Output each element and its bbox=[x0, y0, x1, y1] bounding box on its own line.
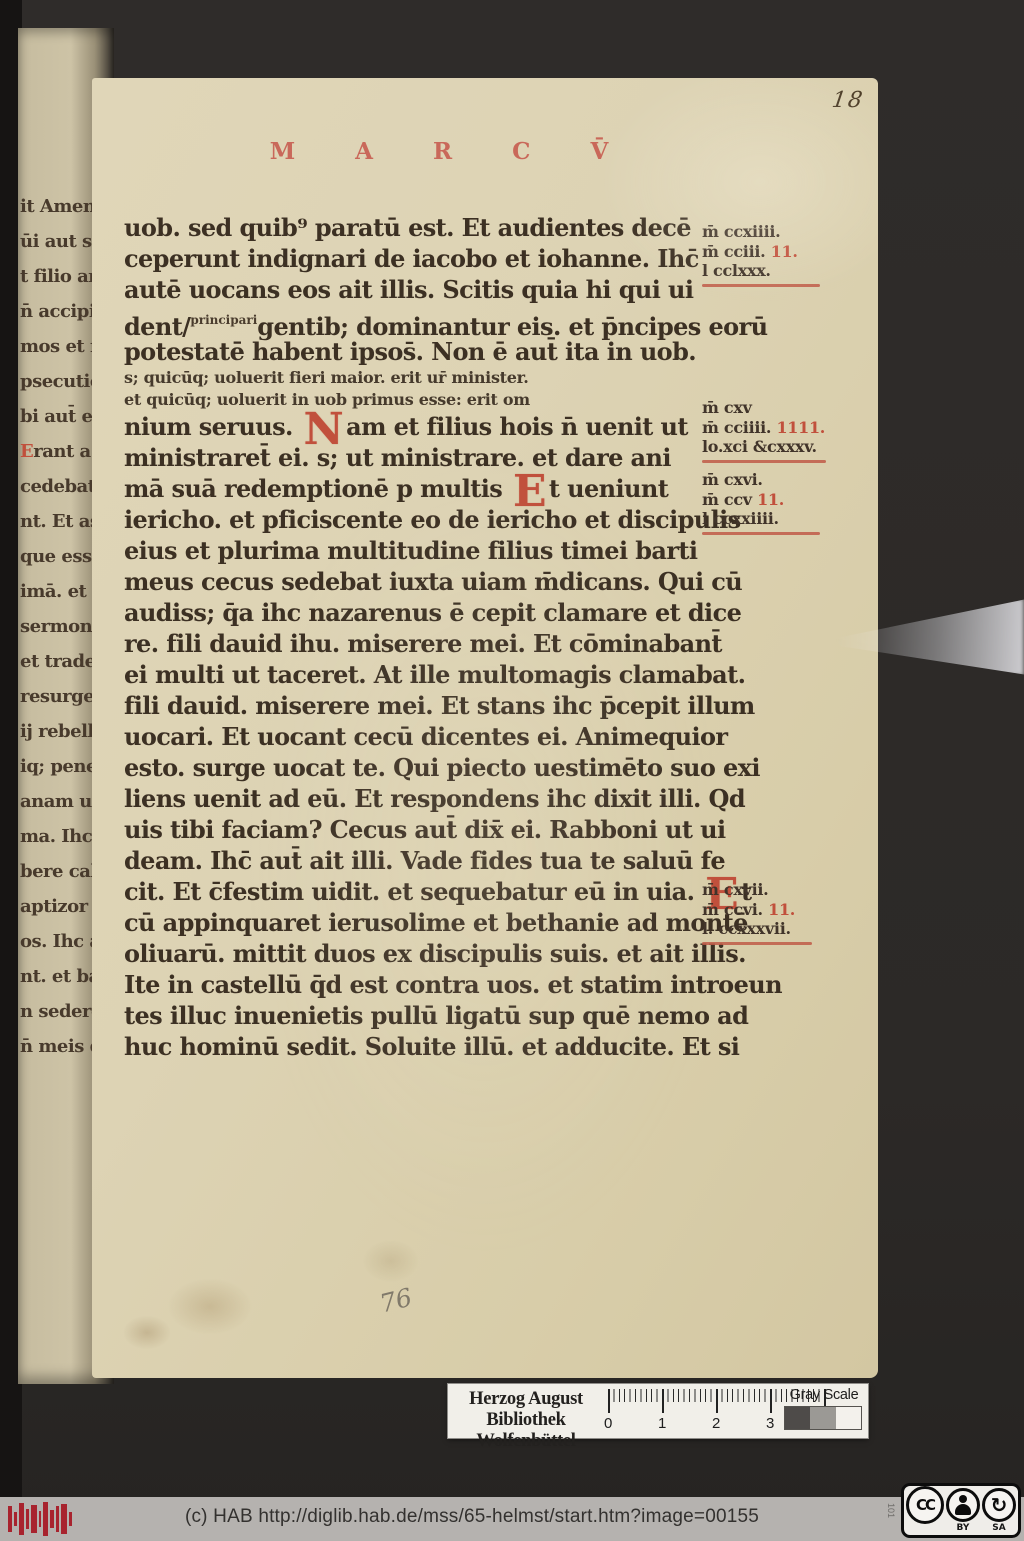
previous-page-fragment: ūi aut sa bbox=[20, 231, 103, 252]
gray-swatch bbox=[836, 1407, 861, 1429]
manuscript-line: autē uocans eos ait illis. Scitis quia h… bbox=[124, 274, 716, 305]
text-segment-n: potestatē habent ipsos̄. Non ē aut̄ ita … bbox=[124, 337, 696, 366]
manuscript-line: mā suā redemptionē p multis Et ueniunt bbox=[124, 473, 716, 504]
margin-note-row: m̄ cciii. 11. bbox=[702, 242, 862, 262]
margin-note-row: m̄ cciiii. 1111. bbox=[702, 418, 862, 438]
manuscript-line: huc hominū sedit. Soluite illū. et adduc… bbox=[124, 1031, 716, 1062]
text-segment-n: iericho. et pficiscente eo de iericho et… bbox=[124, 505, 741, 534]
margin-note: m̄ cxvm̄ cciiii. 1111.lo.xci &cxxxv. bbox=[702, 398, 862, 463]
text-segment-n: tes illuc inuenietis pullū ligatū sup qu… bbox=[124, 1001, 748, 1030]
red-underline bbox=[702, 942, 812, 945]
barcode-bar bbox=[43, 1502, 48, 1536]
red-barcode-mark bbox=[8, 1501, 72, 1537]
cc-logo-icon: CC bbox=[906, 1486, 944, 1524]
text-segment-k: m̄ cciiii. bbox=[702, 418, 776, 437]
digitized-manuscript-photo: it Amenūi aut sat filio arn̄ accipiatmos… bbox=[0, 0, 1024, 1541]
barcode-bar bbox=[50, 1510, 54, 1528]
gray-scale-target: Gray Scale bbox=[784, 1387, 864, 1430]
barcode-bar bbox=[26, 1509, 29, 1529]
manuscript-line: tes illuc inuenietis pullū ligatū sup qu… bbox=[124, 1000, 716, 1031]
text-segment-n: uis tibi faciam? Cecus aut̄ dix̄ ei. Rab… bbox=[124, 815, 725, 844]
text-segment-k: m̄ cxvii. bbox=[702, 880, 768, 899]
main-text-block: uob. sed quib⁹ paratū est. Et audientes … bbox=[124, 212, 716, 1062]
cc-license-badge: CC BY ↻ SA bbox=[901, 1483, 1021, 1538]
text-segment-k: m̄ ccxiiii. bbox=[702, 222, 780, 241]
text-segment-n: Ite in castellū q̄d est contra uos. et s… bbox=[124, 970, 782, 999]
barcode-bar bbox=[19, 1503, 24, 1535]
previous-page-fragment: aptizor bbox=[20, 896, 88, 917]
by-label: BY bbox=[957, 1523, 970, 1533]
manuscript-line: liens uenit ad eū. Et respondens ihc dix… bbox=[124, 783, 716, 814]
copyright-text: (c) HAB http://diglib.hab.de/mss/65-helm… bbox=[70, 1506, 874, 1528]
barcode-bar bbox=[39, 1511, 42, 1527]
running-title-marcus: M A R C V̄ bbox=[262, 138, 642, 165]
manuscript-line: uis tibi faciam? Cecus aut̄ dix̄ ei. Rab… bbox=[124, 814, 716, 845]
text-segment-n: uob. sed quib⁹ paratū est. Et audientes … bbox=[124, 213, 691, 242]
previous-page-fragment: Erant a bbox=[20, 441, 91, 462]
manuscript-line: audiss; q̄a ihc nazarenus ē cepit clamar… bbox=[124, 597, 716, 628]
text-segment-n: audiss; q̄a ihc nazarenus ē cepit clamar… bbox=[124, 598, 741, 627]
text-segment-n: meus cecus sedebat iuxta uiam m̄dicans. … bbox=[124, 567, 742, 596]
pencil-foliation: 76 bbox=[377, 1283, 415, 1319]
text-segment-k: m̄ ccvi. bbox=[702, 900, 768, 919]
text-segment-n: oliuarū. mittit duos ex discipulis suis.… bbox=[124, 939, 746, 968]
margin-note: m̄ ccxiiii.m̄ cciii. 11.l cclxxx. bbox=[702, 222, 862, 287]
manuscript-line: re. fili dauid ihu. miserere mei. Et cōm… bbox=[124, 628, 716, 659]
manuscript-line: s; quicūq; uoluerit fieri maior. erit ur… bbox=[124, 367, 716, 389]
margin-note-row: l ccxxiiii. bbox=[702, 509, 862, 529]
manuscript-line: ei multi ut taceret. At ille multomagis … bbox=[124, 659, 716, 690]
manuscript-line: et quicūq; uoluerit in uob primus esse: … bbox=[124, 389, 716, 411]
manuscript-line: meus cecus sedebat iuxta uiam m̄dicans. … bbox=[124, 566, 716, 597]
text-segment-n: uocari. Et uocant cecū dicentes ei. Anim… bbox=[124, 722, 727, 751]
library-name-line1: Herzog August Bibliothek bbox=[452, 1389, 600, 1431]
text-segment-n: nium seruus. bbox=[124, 412, 301, 441]
text-segment-sm: s; quicūq; uoluerit fieri maior. erit ur… bbox=[124, 368, 529, 387]
margin-note-row: lo.xci &cxxxv. bbox=[702, 437, 862, 457]
barcode-bar bbox=[8, 1506, 12, 1532]
text-segment-n: am et filius hois n̄ uenit ut bbox=[346, 412, 688, 441]
library-name: Herzog August Bibliothek Wolfenbüttel bbox=[452, 1389, 600, 1452]
cc-by-item: BY bbox=[946, 1488, 980, 1533]
cc-logo-item: CC bbox=[906, 1486, 944, 1535]
margin-note: m̄ cxvii.m̄ ccvi. 11.l. ccxxxvii. bbox=[702, 880, 862, 945]
barcode-bar bbox=[31, 1505, 37, 1533]
arrow-circle-glyph: ↻ bbox=[991, 1495, 1008, 1515]
text-segment-k: bi aut̄ er̄ bbox=[20, 406, 101, 427]
manuscript-line: deam. Ihc̄ aut̄ ait illi. Vade fides tua… bbox=[124, 845, 716, 876]
gray-swatch bbox=[785, 1407, 810, 1429]
folio-number: 18 bbox=[830, 88, 866, 113]
text-segment-k: l. ccxxxvii. bbox=[702, 919, 791, 938]
copyright-bar: (c) HAB http://diglib.hab.de/mss/65-helm… bbox=[0, 1497, 1024, 1541]
margin-note-row: m̄ ccvi. 11. bbox=[702, 900, 862, 920]
manuscript-line: cit. Et c̄festim uidit. et sequebatur eū… bbox=[124, 876, 716, 907]
text-segment-n: liens uenit ad eū. Et respondens ihc dix… bbox=[124, 784, 745, 813]
ruler-number: 1 bbox=[658, 1415, 666, 1432]
cc-sa-item: ↻ SA bbox=[982, 1488, 1016, 1533]
text-segment-n: huc hominū sedit. Soluite illū. et adduc… bbox=[124, 1032, 739, 1061]
text-segment-k: it Amen bbox=[20, 196, 95, 217]
text-segment-n: autē uocans eos ait illis. Scitis quia h… bbox=[124, 275, 693, 304]
manuscript-line: dent/principarigentib; dominantur eis. e… bbox=[124, 305, 716, 336]
text-segment-r: 1111. bbox=[776, 418, 825, 437]
text-segment-n: ceperunt indignari de iacobo et iohanne.… bbox=[124, 244, 699, 273]
text-segment-r: 11. bbox=[757, 490, 784, 509]
sa-label: SA bbox=[992, 1523, 1005, 1533]
manuscript-line: ministraret̄ ei. s; ut ministrare. et da… bbox=[124, 442, 716, 473]
text-segment-k: ūi aut sa bbox=[20, 231, 103, 252]
text-segment-n: ministraret̄ ei. s; ut ministrare. et da… bbox=[124, 443, 671, 472]
margin-note-row: m̄ ccxiiii. bbox=[702, 222, 862, 242]
text-segment-k: lo.xci &cxxxv. bbox=[702, 437, 817, 456]
text-segment-k: resurget bbox=[20, 686, 102, 707]
text-segment-n: mā suā redemptionē p multis bbox=[124, 474, 510, 503]
margin-note-row: m̄ cxvi. bbox=[702, 470, 862, 490]
red-underline bbox=[702, 284, 820, 287]
ruler-number: 3 bbox=[766, 1415, 774, 1432]
margin-note-row: m̄ cxv bbox=[702, 398, 862, 418]
text-segment-n: cū appinquaret ierusolime et bethanie ad… bbox=[124, 908, 748, 937]
text-segment-k: m̄ ccv bbox=[702, 490, 757, 509]
barcode-bar bbox=[14, 1512, 17, 1526]
manuscript-line: uocari. Et uocant cecū dicentes ei. Anim… bbox=[124, 721, 716, 752]
manuscript-line: oliuarū. mittit duos ex discipulis suis.… bbox=[124, 938, 716, 969]
text-segment-k: m̄ cxvi. bbox=[702, 470, 763, 489]
text-segment-gl: principari bbox=[190, 313, 257, 327]
text-segment-r: E bbox=[20, 441, 33, 462]
text-segment-n: ei multi ut taceret. At ille multomagis … bbox=[124, 660, 745, 689]
ruler-number: 0 bbox=[604, 1415, 612, 1432]
margin-note-row: l cclxxx. bbox=[702, 261, 862, 281]
manuscript-line: potestatē habent ipsos̄. Non ē aut̄ ita … bbox=[124, 336, 716, 367]
barcode-bar bbox=[56, 1506, 59, 1532]
margin-note-row: m̄ cxvii. bbox=[702, 880, 862, 900]
manuscript-line: uob. sed quib⁹ paratū est. Et audientes … bbox=[124, 212, 716, 243]
previous-page-fragment: resurget bbox=[20, 686, 102, 707]
red-underline bbox=[702, 532, 820, 535]
text-segment-k: l cclxxx. bbox=[702, 261, 771, 280]
ruler-number: 2 bbox=[712, 1415, 720, 1432]
library-name-line2: Wolfenbüttel bbox=[452, 1431, 600, 1452]
manuscript-line: ceperunt indignari de iacobo et iohanne.… bbox=[124, 243, 716, 274]
previous-page-fragment: t filio ar bbox=[20, 266, 97, 287]
text-segment-k: aptizor bbox=[20, 896, 88, 917]
attribution-person-icon bbox=[946, 1488, 980, 1522]
manuscript-line: iericho. et pficiscente eo de iericho et… bbox=[124, 504, 716, 535]
manuscript-line: nium seruus. Nam et filius hois n̄ uenit… bbox=[124, 411, 716, 442]
barcode-bar bbox=[61, 1504, 67, 1534]
gray-scale-swatches bbox=[784, 1406, 862, 1430]
text-segment-k: l ccxxiiii. bbox=[702, 509, 779, 528]
text-segment-n: deam. Ihc̄ aut̄ ait illi. Vade fides tua… bbox=[124, 846, 725, 875]
text-segment-r: 11. bbox=[771, 242, 798, 261]
text-segment-k: m̄ cxv bbox=[702, 398, 752, 417]
person-icon bbox=[949, 1491, 977, 1519]
calibration-scale-bar: Herzog August Bibliothek Wolfenbüttel 01… bbox=[448, 1384, 868, 1438]
previous-page-fragment: bi aut̄ er̄ bbox=[20, 406, 101, 427]
vertical-mark: 101 bbox=[886, 1503, 896, 1518]
previous-page-fragment: it Amen bbox=[20, 196, 95, 217]
gray-scale-label: Gray Scale bbox=[784, 1387, 864, 1403]
manuscript-line: fili dauid. miserere mei. Et stans ihc p… bbox=[124, 690, 716, 721]
manuscript-line: Ite in castellū q̄d est contra uos. et s… bbox=[124, 969, 716, 1000]
share-alike-arrow-icon: ↻ bbox=[982, 1488, 1016, 1522]
text-segment-n: esto. surge uocat te. Qui piecto uestimē… bbox=[124, 753, 760, 782]
manuscript-page: 18 M A R C V̄ uob. sed quib⁹ paratū est.… bbox=[92, 78, 878, 1378]
text-segment-n: fili dauid. miserere mei. Et stans ihc p… bbox=[124, 691, 755, 720]
text-segment-n: t ueniunt bbox=[549, 474, 668, 503]
margin-note-row: m̄ ccv 11. bbox=[702, 490, 862, 510]
margin-note: m̄ cxvi.m̄ ccv 11.l ccxxiiii. bbox=[702, 470, 862, 535]
text-segment-n: re. fili dauid ihu. miserere mei. Et cōm… bbox=[124, 629, 722, 658]
text-segment-k: rant a bbox=[33, 441, 90, 462]
gray-swatch bbox=[810, 1407, 835, 1429]
text-segment-n: cit. Et c̄festim uidit. et sequebatur eū… bbox=[124, 877, 702, 906]
text-segment-k: m̄ cciii. bbox=[702, 242, 771, 261]
text-segment-r: 11. bbox=[768, 900, 795, 919]
manuscript-line: esto. surge uocat te. Qui piecto uestimē… bbox=[124, 752, 716, 783]
text-segment-k: t filio ar bbox=[20, 266, 97, 287]
red-underline bbox=[702, 460, 826, 463]
text-segment-n: eius et plurima multitudine filius timei… bbox=[124, 536, 697, 565]
manuscript-line: eius et plurima multitudine filius timei… bbox=[124, 535, 716, 566]
manuscript-line: cū appinquaret ierusolime et bethanie ad… bbox=[124, 907, 716, 938]
margin-note-row: l. ccxxxvii. bbox=[702, 919, 862, 939]
